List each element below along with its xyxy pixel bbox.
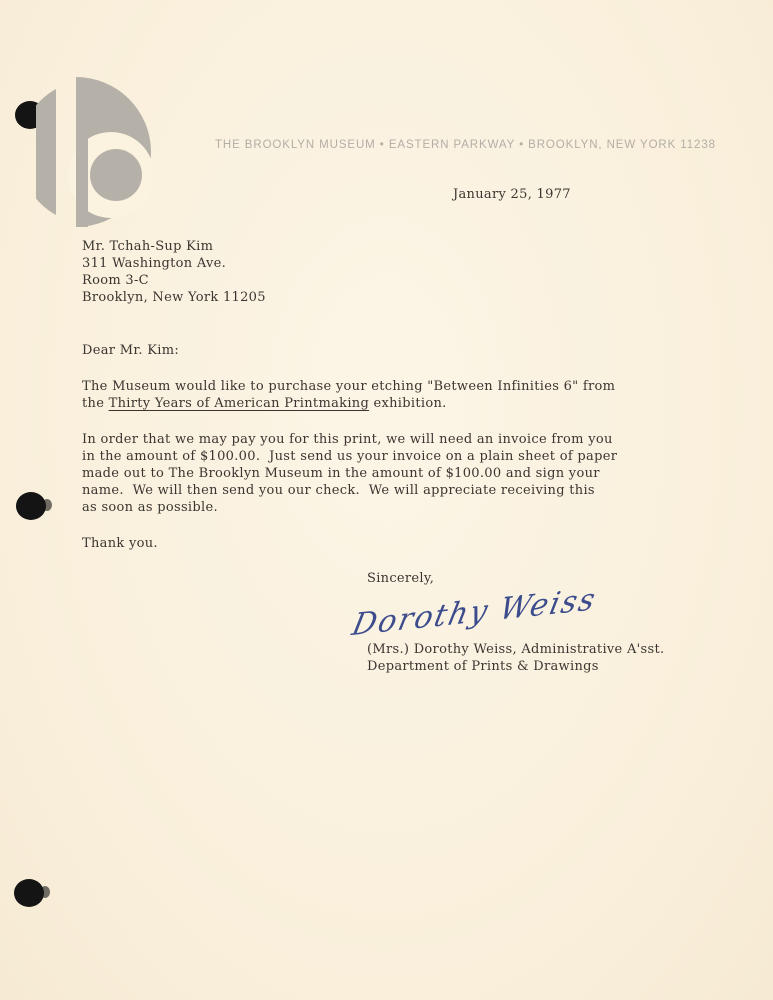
closing: Sincerely, xyxy=(367,570,434,588)
thanks-line: Thank you. xyxy=(82,535,158,553)
punch-hole-bottom xyxy=(14,879,44,907)
signer-department: Department of Prints & Drawings xyxy=(367,658,599,676)
recipient-room: Room 3-C xyxy=(82,272,149,290)
salutation: Dear Mr. Kim: xyxy=(82,342,179,360)
handwritten-signature: Dorothy Weiss xyxy=(349,582,600,644)
paragraph-line: The Museum would like to purchase your e… xyxy=(82,378,615,396)
recipient-street: 311 Washington Ave. xyxy=(82,255,226,273)
paragraph-line: the Thirty Years of American Printmaking… xyxy=(82,395,447,413)
paragraph-line: as soon as possible. xyxy=(82,499,218,517)
recipient-city: Brooklyn, New York 11205 xyxy=(82,289,266,307)
letterhead-separator: • xyxy=(519,139,524,151)
paragraph-line: In order that we may pay you for this pr… xyxy=(82,431,613,449)
paragraph-line: made out to The Brooklyn Museum in the a… xyxy=(82,465,600,483)
letterhead-street: EASTERN PARKWAY xyxy=(389,139,515,151)
letterhead-separator: • xyxy=(380,139,385,151)
letterhead-city: BROOKLYN, NEW YORK 11238 xyxy=(528,139,716,151)
exhibition-title: Thirty Years of American Printmaking xyxy=(109,396,369,411)
letterhead-address: THE BROOKLYN MUSEUM • EASTERN PARKWAY • … xyxy=(215,139,716,151)
paragraph-line: in the amount of $100.00. Just send us y… xyxy=(82,448,617,466)
recipient-name: Mr. Tchah-Sup Kim xyxy=(82,238,213,256)
letterhead-institution: THE BROOKLYN MUSEUM xyxy=(215,139,376,151)
punch-hole-middle xyxy=(16,492,46,520)
paragraph-line: name. We will then send you our check. W… xyxy=(82,482,595,500)
paragraph-text: exhibition. xyxy=(369,396,446,411)
letter-date: January 25, 1977 xyxy=(453,186,571,204)
signer-name-title: (Mrs.) Dorothy Weiss, Administrative A's… xyxy=(367,641,664,659)
brooklyn-museum-b-logo-icon xyxy=(36,77,186,227)
paragraph-text: the xyxy=(82,396,109,411)
